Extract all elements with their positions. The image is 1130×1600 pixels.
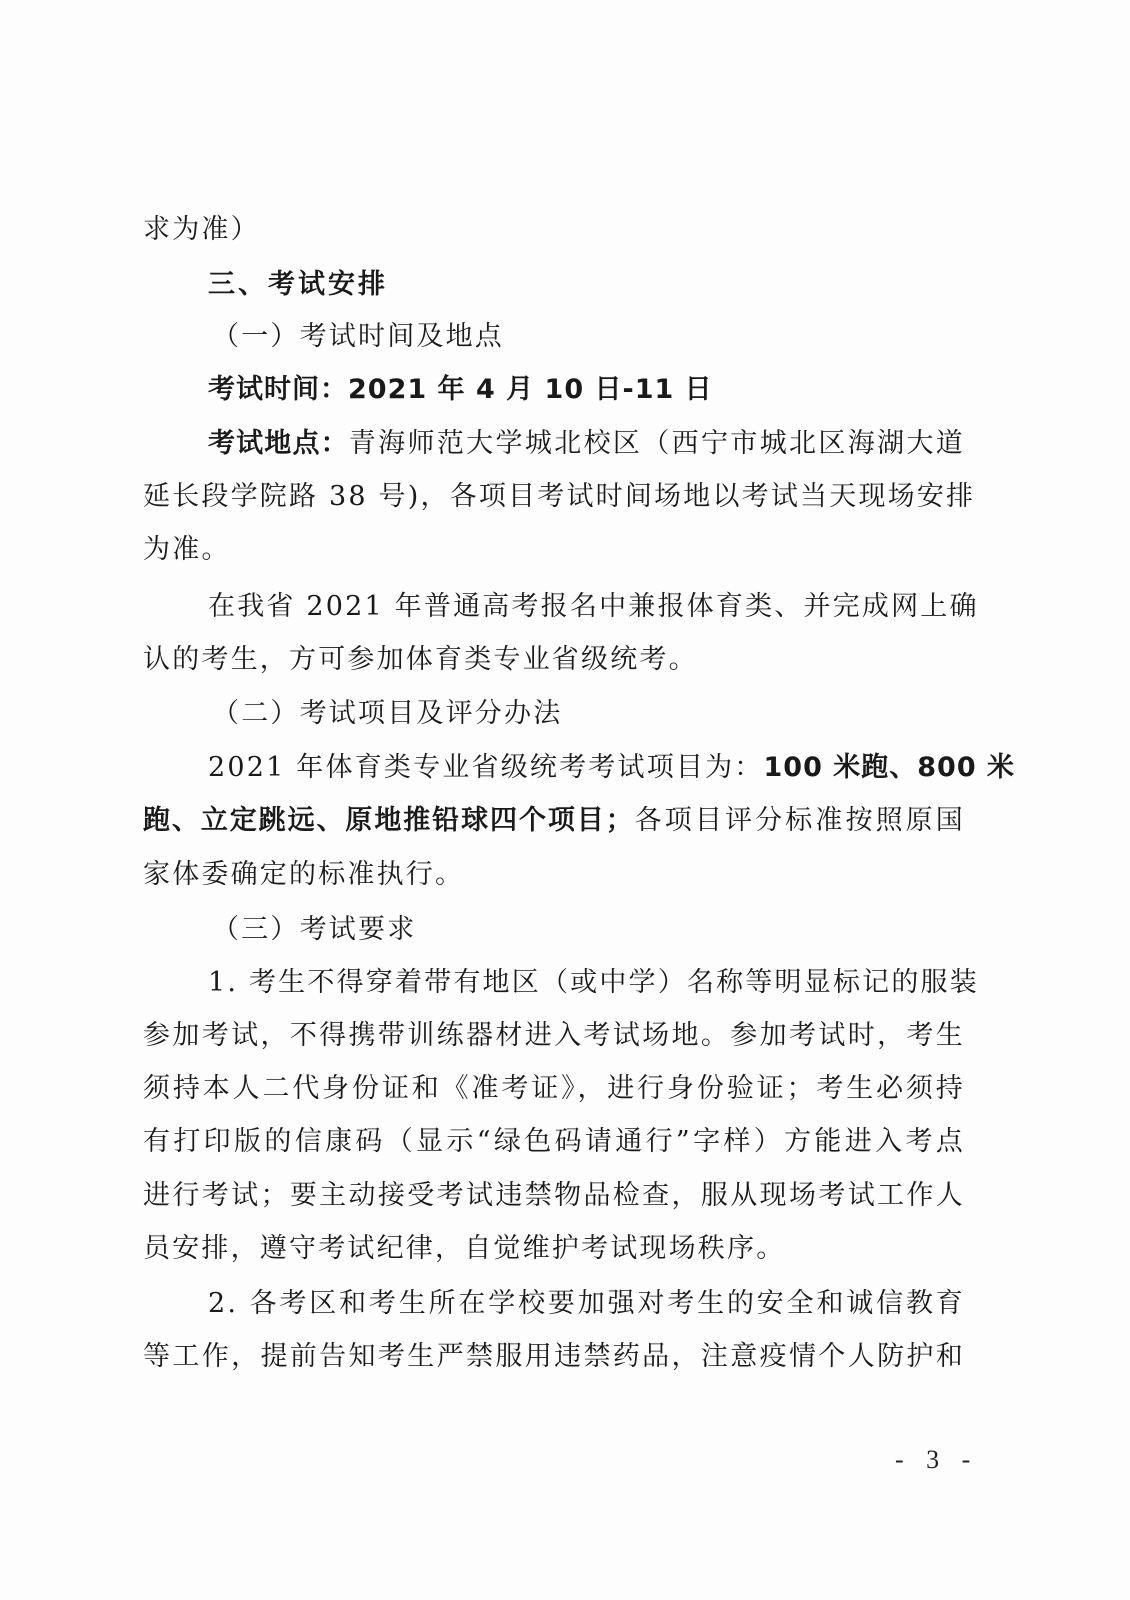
exam-place-line-3: 为准。 bbox=[143, 533, 965, 567]
requirement-1-line-5: 进行考试；要主动接受考试违禁物品检查，服从现场考试工作人 bbox=[143, 1179, 965, 1213]
exam-time-value: 2021 年 4 月 10 日-11 日 bbox=[348, 374, 713, 405]
exam-place-line-1: 考试地点：青海师范大学城北校区（西宁市城北区海湖大道 bbox=[208, 427, 965, 461]
exam-items-line-1: 2021 年体育类专业省级统考考试项目为：100 米跑、800 米 bbox=[208, 751, 965, 785]
exam-items-prefix: 2021 年体育类专业省级统考考试项目为： bbox=[208, 752, 764, 783]
page-number: - 3 - bbox=[895, 1445, 978, 1475]
requirement-2-line-2: 等工作，提前告知考生严禁服用违禁药品，注意疫情个人防护和 bbox=[143, 1340, 965, 1374]
requirement-1-line-6: 员安排，遵守考试纪律，自觉维护考试现场秩序。 bbox=[143, 1232, 965, 1266]
exam-items-line-2: 跑、立定跳远、原地推铅球四个项目；各项目评分标准按照原国 bbox=[143, 804, 965, 838]
requirement-1-line-4: 有打印版的信康码（显示“绿色码请通行”字样）方能进入考点 bbox=[143, 1125, 965, 1159]
exam-items-bold-2: 跑、立定跳远、原地推铅球四个项目； bbox=[143, 805, 634, 836]
exam-place-line-2: 延长段学院路 38 号)，各项目考试时间场地以考试当天现场安排 bbox=[143, 480, 965, 514]
requirement-1-line-1: 1. 考生不得穿着带有地区（或中学）名称等明显标记的服装 bbox=[208, 966, 965, 1000]
exam-items-rest: 各项目评分标准按照原国 bbox=[634, 805, 965, 836]
section-heading: 三、考试安排 bbox=[208, 268, 965, 302]
subsection-heading-2: （二）考试项目及评分办法 bbox=[212, 697, 1034, 731]
exam-time-label: 考试时间： bbox=[208, 374, 348, 405]
exam-place-text: 青海师范大学城北校区（西宁市城北区海湖大道 bbox=[349, 428, 965, 459]
eligibility-line-1: 在我省 2021 年普通高考报名中兼报体育类、并完成网上确 bbox=[208, 590, 965, 624]
exam-time-line: 考试时间：2021 年 4 月 10 日-11 日 bbox=[208, 373, 965, 407]
exam-place-label: 考试地点： bbox=[208, 428, 349, 459]
requirement-2-line-1: 2. 各考区和考生所在学校要加强对考生的安全和诚信教育 bbox=[208, 1287, 965, 1321]
eligibility-line-2: 认的考生，方可参加体育类专业省级统考。 bbox=[143, 643, 965, 677]
requirement-1-line-2: 参加考试，不得携带训练器材进入考试场地。参加考试时，考生 bbox=[143, 1019, 965, 1053]
requirement-1-line-3: 须持本人二代身份证和《准考证》，进行身份验证；考生必须持 bbox=[143, 1072, 965, 1106]
document-page: 求为准） 三、考试安排 （一）考试时间及地点 考试时间：2021 年 4 月 1… bbox=[0, 0, 1130, 1600]
exam-items-bold-1: 100 米跑、800 米 bbox=[764, 752, 1016, 783]
subsection-heading-3: （三）考试要求 bbox=[212, 913, 1034, 947]
exam-items-line-3: 家体委确定的标准执行。 bbox=[143, 858, 965, 892]
continuation-text: 求为准） bbox=[143, 213, 965, 247]
subsection-heading-1: （一）考试时间及地点 bbox=[212, 320, 1034, 354]
